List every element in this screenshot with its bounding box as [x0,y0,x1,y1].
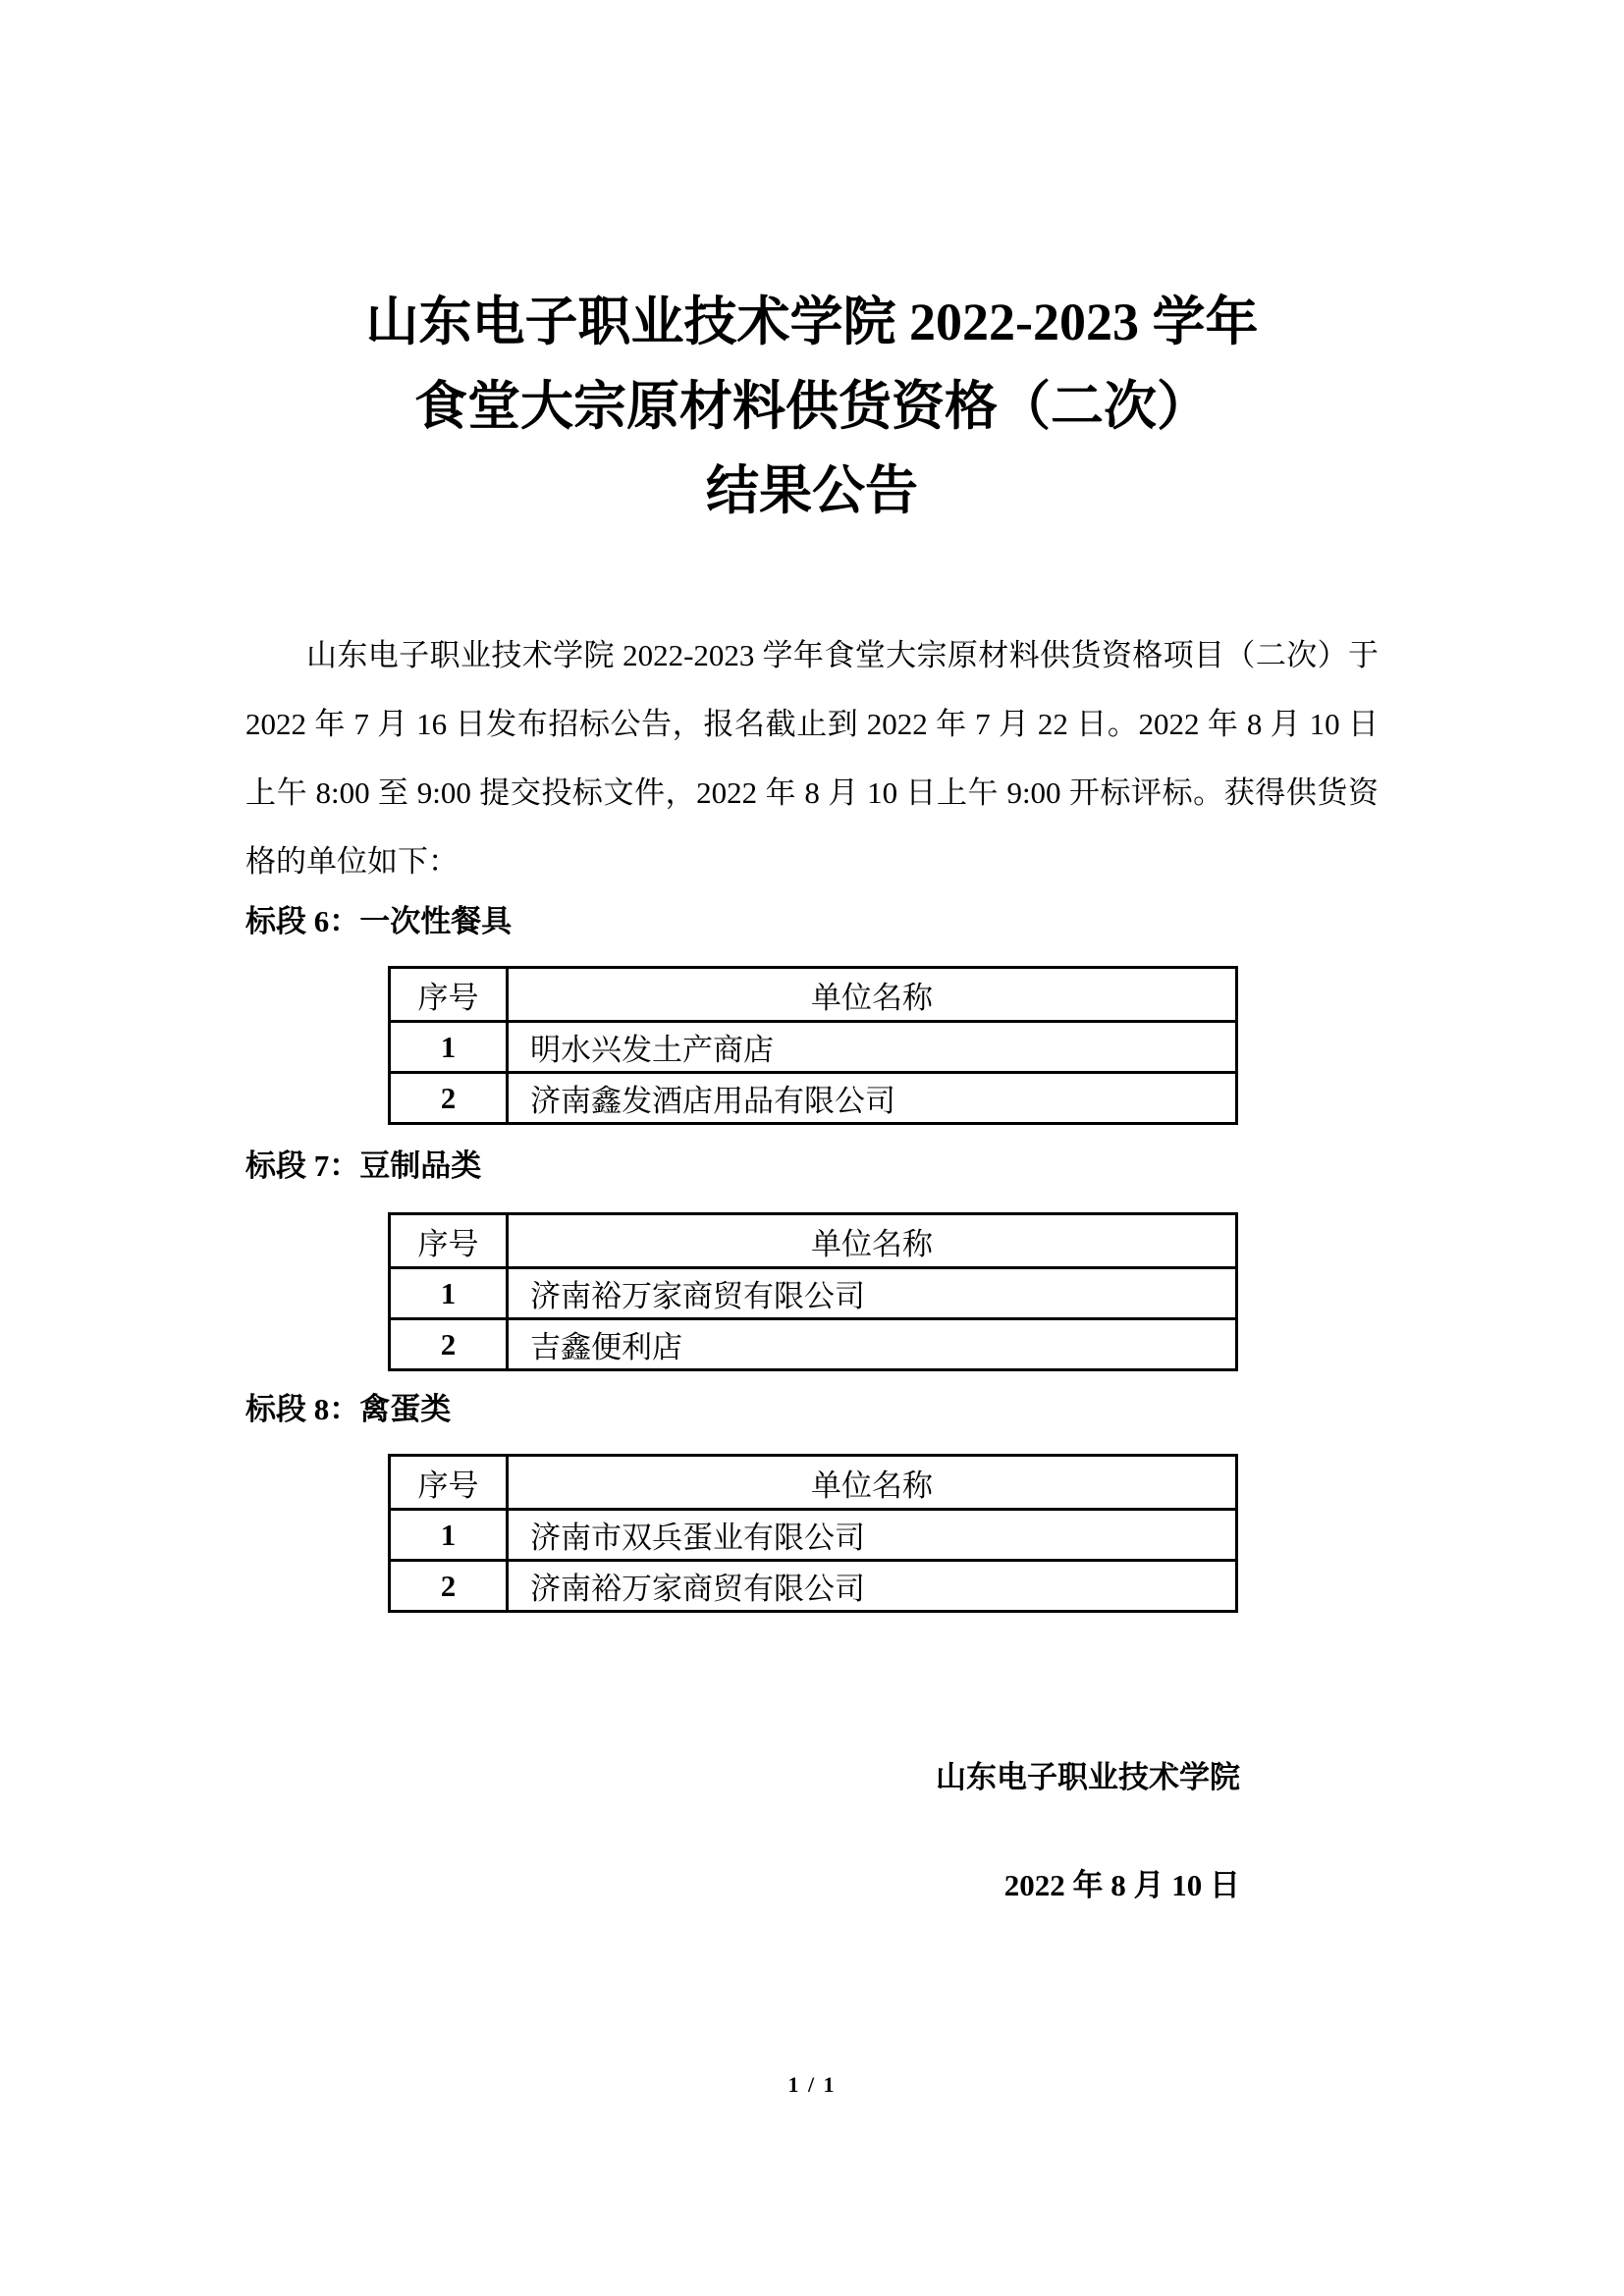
announcement-paragraph: 山东电子职业技术学院 2022-2023 学年食堂大宗原材料供货资格项目（二次）… [245,621,1379,896]
title-line-1: 山东电子职业技术学院 2022-2023 学年 [245,280,1379,364]
table-row: 2 吉鑫便利店 [390,1319,1237,1370]
table-header-row: 序号 单位名称 [390,968,1237,1022]
document-page: 山东电子职业技术学院 2022-2023 学年 食堂大宗原材料供货资格（二次） … [0,0,1624,2296]
unit-name-cell: 济南鑫发酒店用品有限公司 [508,1073,1237,1124]
seq-cell: 1 [390,1268,508,1319]
page-number: 1 / 1 [245,2070,1379,2100]
seq-cell: 2 [390,1073,508,1124]
table-header-row: 序号 单位名称 [390,1456,1237,1510]
unit-name-cell: 济南裕万家商贸有限公司 [508,1561,1237,1612]
seq-cell: 1 [390,1022,508,1073]
seq-cell: 2 [390,1319,508,1370]
table-row: 2 济南裕万家商贸有限公司 [390,1561,1237,1612]
signature-organization: 山东电子职业技术学院 [245,1743,1240,1812]
table-row: 1 济南裕万家商贸有限公司 [390,1268,1237,1319]
column-header-unit-name: 单位名称 [508,1214,1237,1268]
table-row: 2 济南鑫发酒店用品有限公司 [390,1073,1237,1124]
table-header-row: 序号 单位名称 [390,1214,1237,1268]
seq-cell: 1 [390,1510,508,1561]
unit-name-cell: 济南裕万家商贸有限公司 [508,1268,1237,1319]
seq-cell: 2 [390,1561,508,1612]
column-header-seq: 序号 [390,1214,508,1268]
unit-name-cell: 明水兴发土产商店 [508,1022,1237,1073]
title-line-2: 食堂大宗原材料供货资格（二次） [245,364,1379,449]
unit-name-cell: 济南市双兵蛋业有限公司 [508,1510,1237,1561]
section-heading-lot-6: 标段 6：一次性餐具 [245,900,1379,943]
section-heading-lot-7: 标段 7：豆制品类 [245,1145,1379,1188]
result-table-lot-8: 序号 单位名称 1 济南市双兵蛋业有限公司 2 济南裕万家商贸有限公司 [388,1454,1238,1613]
result-table-lot-6: 序号 单位名称 1 明水兴发土产商店 2 济南鑫发酒店用品有限公司 [388,966,1238,1125]
result-table-lot-7: 序号 单位名称 1 济南裕万家商贸有限公司 2 吉鑫便利店 [388,1212,1238,1371]
table-row: 1 济南市双兵蛋业有限公司 [390,1510,1237,1561]
unit-name-cell: 吉鑫便利店 [508,1319,1237,1370]
section-heading-lot-8: 标段 8：禽蛋类 [245,1388,1379,1431]
signature-block: 山东电子职业技术学院 2022 年 8 月 10 日 [245,1743,1379,1920]
title-line-3: 结果公告 [245,449,1379,533]
column-header-seq: 序号 [390,1456,508,1510]
column-header-unit-name: 单位名称 [508,1456,1237,1510]
column-header-seq: 序号 [390,968,508,1022]
document-title: 山东电子职业技术学院 2022-2023 学年 食堂大宗原材料供货资格（二次） … [245,280,1379,533]
signature-date: 2022 年 8 月 10 日 [245,1851,1240,1920]
column-header-unit-name: 单位名称 [508,968,1237,1022]
table-row: 1 明水兴发土产商店 [390,1022,1237,1073]
